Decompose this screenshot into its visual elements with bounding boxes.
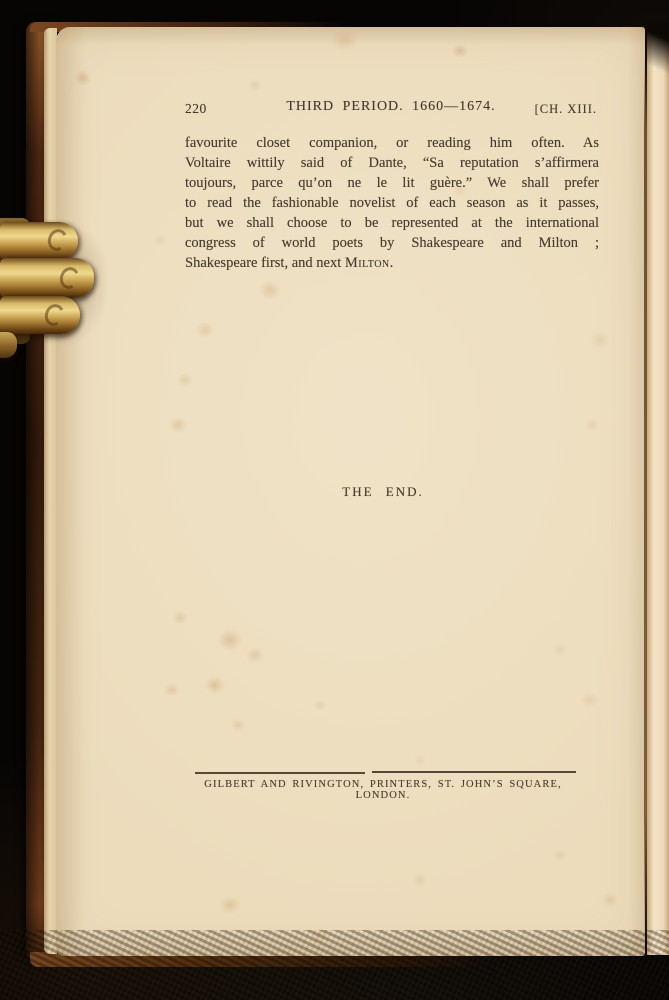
paragraph-line: Voltaire wittily said of Dante, “Sa repu… [185,153,599,173]
final-line-text: Shakespeare first, and next [185,255,345,271]
imprint-rule [195,771,576,773]
paragraph-line: to read the fashionable novelist of each… [185,193,599,213]
clasp-stub [0,332,17,358]
facing-page-curve [647,28,669,955]
chapter-reference: [CH. XIII. [535,102,597,117]
paragraph-line: toujours, parce qu’on ne le lit guère.” … [185,173,599,193]
final-line-smallcaps: Milton. [345,255,394,271]
gutter-corner-shadow [647,22,669,97]
brass-clasp [0,210,110,360]
clasp-engraving-top [45,227,70,254]
printer-imprint: GILBERT AND RIVINGTON, PRINTERS, ST. JOH… [178,779,588,801]
paragraph-final-line: Shakespeare first, and next Milton. [185,253,599,273]
paragraph-line: but we shall choose to be represented at… [185,213,599,233]
clasp-prong-middle [0,258,94,298]
clasp-engraving-middle [57,265,82,292]
paragraph-line: favourite closet companion, or reading h… [185,133,599,153]
body-paragraph: favourite closet companion, or reading h… [185,133,599,273]
running-head: 220 THIRD PERIOD. 1660—1674. [CH. XIII. [185,99,597,117]
clasp-prong-top [0,222,78,260]
paragraph-line: congress of world poets by Shakespeare a… [185,233,599,253]
the-end-label: THE END. [176,484,590,500]
imprint-rule-right [372,771,576,773]
clasp-prong-bottom [0,296,80,334]
clasp-engraving-bottom [42,302,67,329]
imprint-rule-left [195,772,365,774]
book-photograph: 220 THIRD PERIOD. 1660—1674. [CH. XIII. … [0,0,669,1000]
